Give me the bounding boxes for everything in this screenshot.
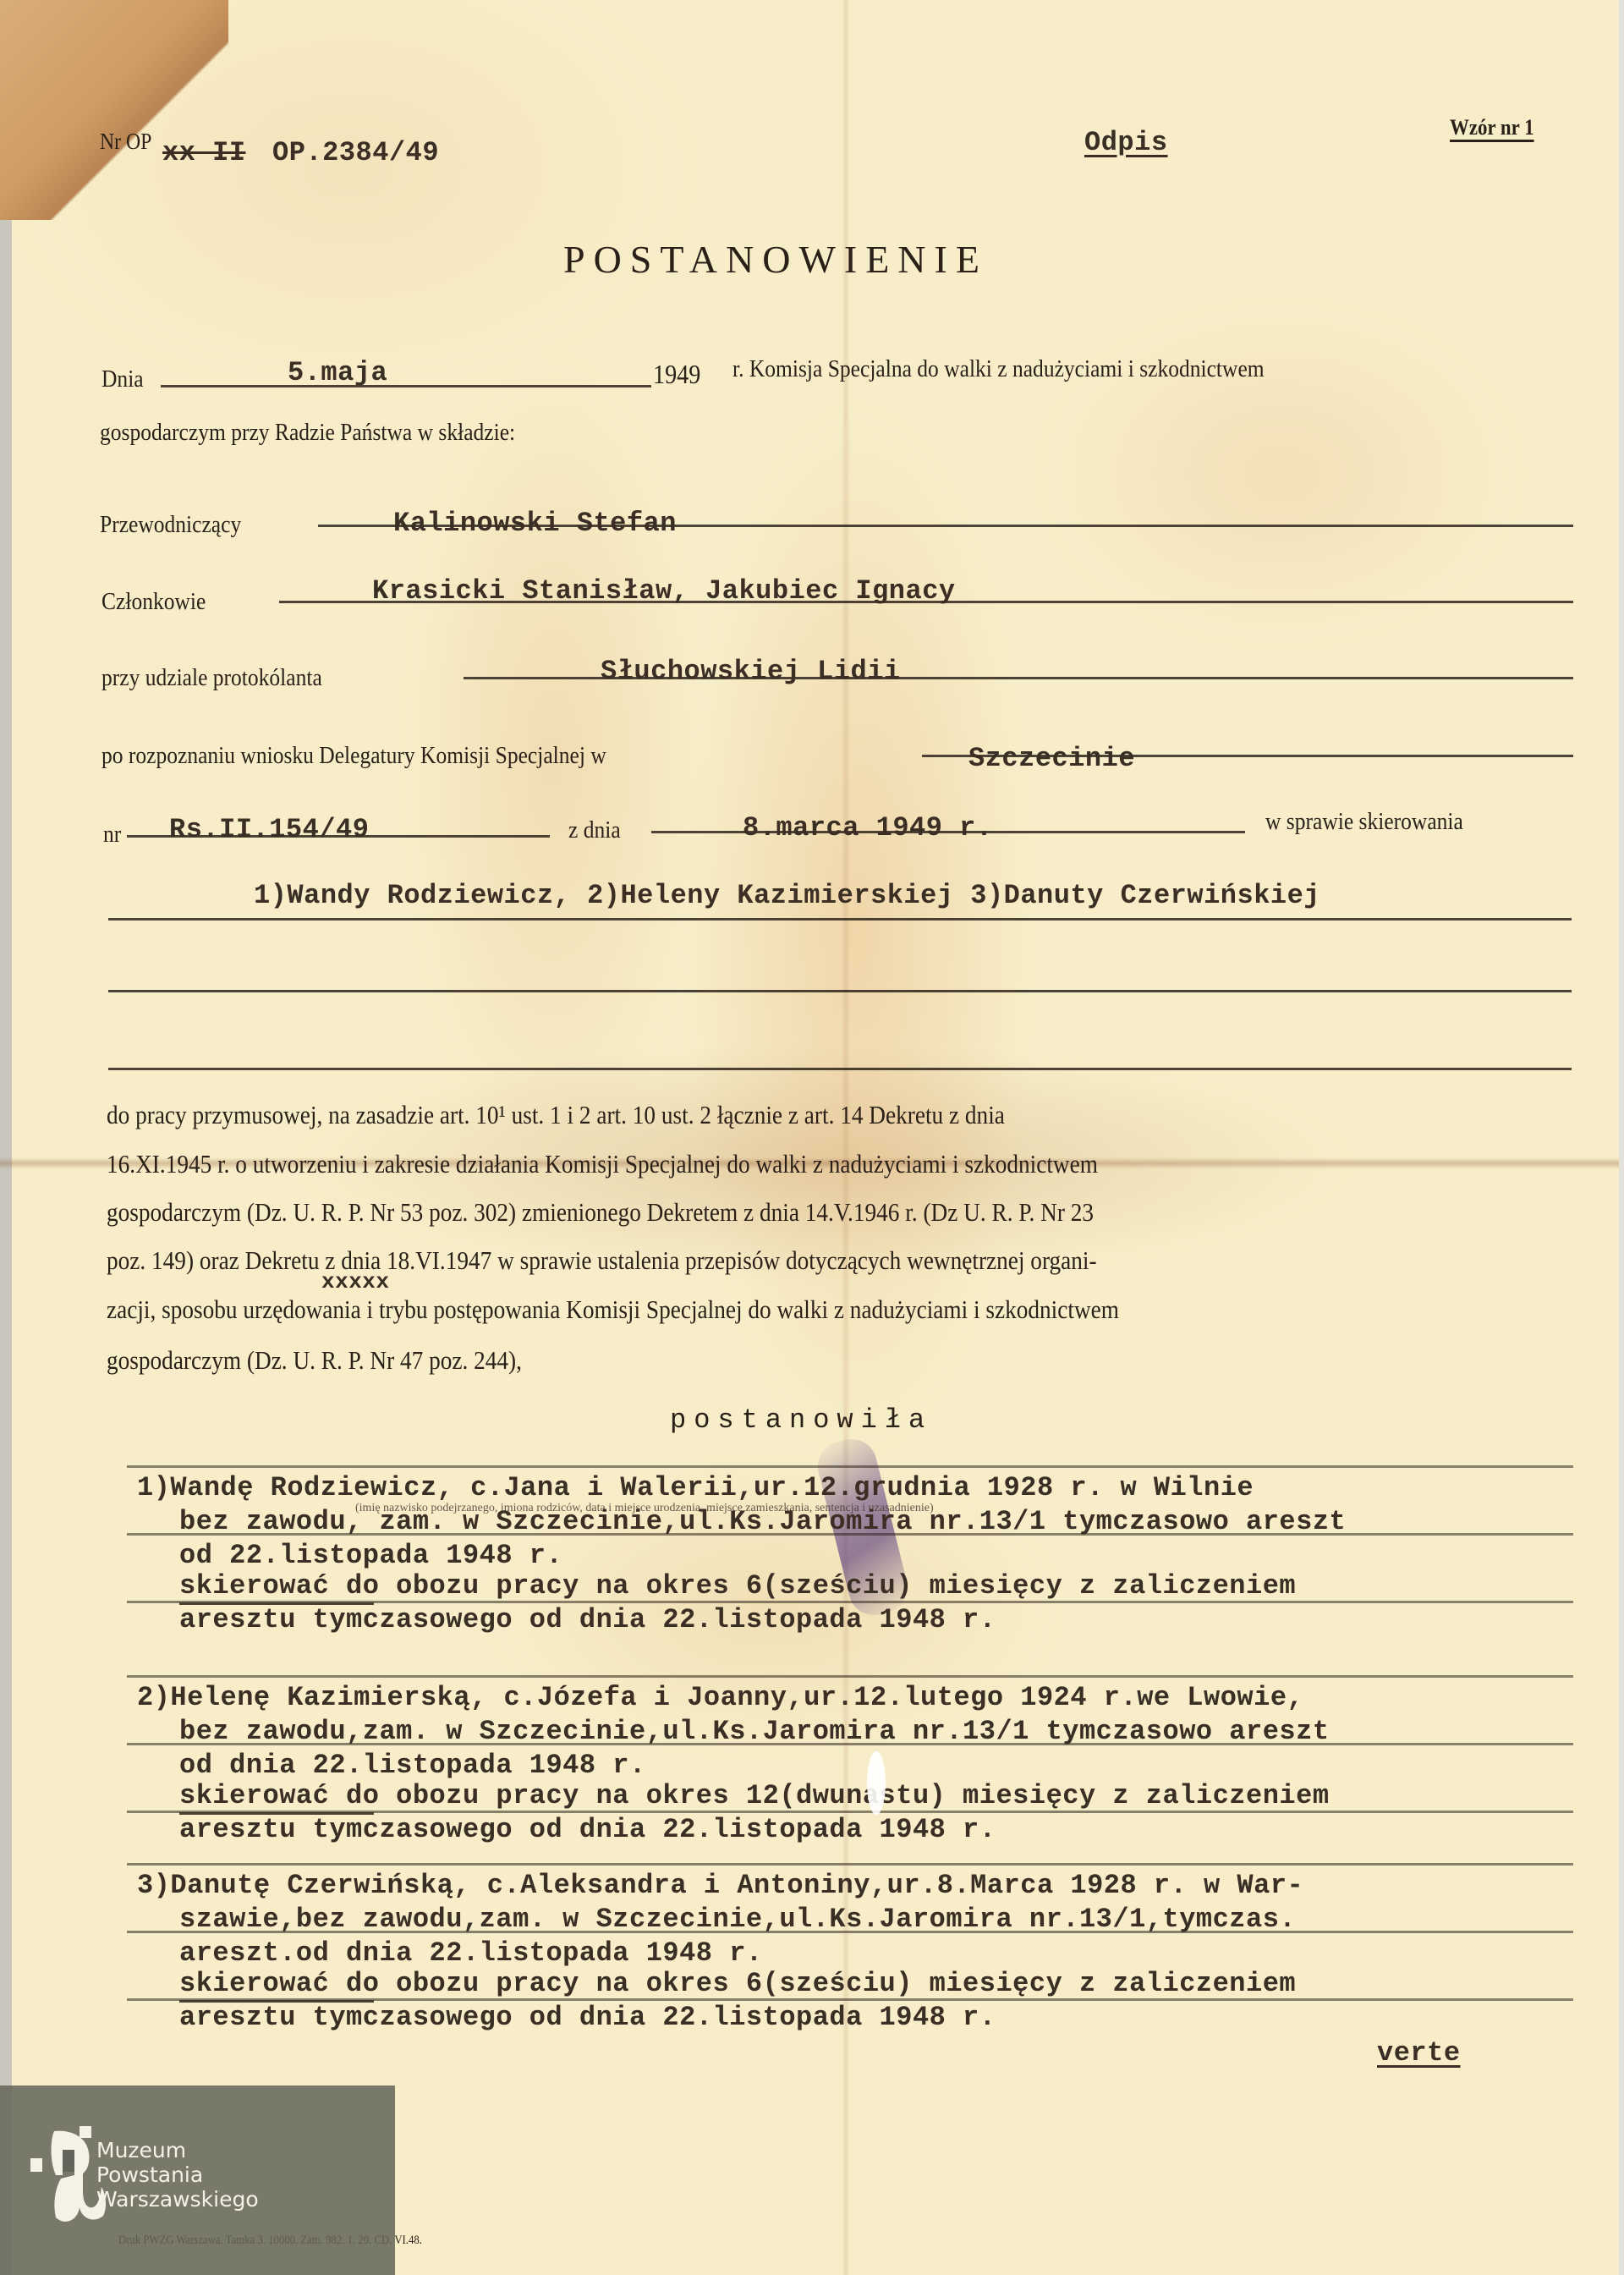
reference-label: Nr OP xyxy=(100,129,151,155)
legal-basis-line: do pracy przymusowej, na zasadzie art. 1… xyxy=(107,1100,1005,1130)
date-label: Dnia xyxy=(101,365,144,393)
verso-mark: verte xyxy=(1377,2037,1461,2069)
decision-entry-line: od dnia 22.listopada 1948 r. xyxy=(179,1750,646,1781)
motion-date-label: z dnia xyxy=(568,816,621,844)
form-ruling-line xyxy=(127,1675,1573,1678)
motion-date-value: 8.marca 1949 r. xyxy=(743,812,993,844)
museum-name-line-2: Powstania xyxy=(96,2162,259,2187)
decision-entry-line: aresztu tymczasowego od dnia 22.listopad… xyxy=(179,1814,996,1845)
chair-value: Kalinowski Stefan xyxy=(393,508,677,539)
legal-basis-line: gospodarczym (Dz. U. R. P. Nr 47 poz. 24… xyxy=(107,1345,522,1376)
blank-line-1 xyxy=(108,990,1572,992)
decision-entry-line: 1)Wandę Rodziewicz, c.Jana i Walerii,ur.… xyxy=(137,1472,1254,1503)
decision-entry-line: 3)Danutę Czerwińską, c.Aleksandra i Anto… xyxy=(137,1870,1303,1901)
museum-name-line-3: Warszawskiego xyxy=(96,2187,259,2212)
reference-struck: xx II xyxy=(162,137,246,168)
nr-label: nr xyxy=(103,821,121,849)
form-ruling-line xyxy=(127,1998,1573,2001)
decision-entry-line: skierować do obozu pracy na okres 6(sześ… xyxy=(179,1968,1296,1999)
date-underline xyxy=(161,385,651,387)
date-value: 5.maja xyxy=(288,357,387,388)
legal-basis-line: zacji, sposobu urzędowania i trybu postę… xyxy=(107,1294,1119,1325)
year-value: 1949 xyxy=(653,359,700,390)
decision-heading: postanowiła xyxy=(670,1404,932,1436)
decision-entry-line: areszt.od dnia 22.listopada 1948 r. xyxy=(179,1937,763,1969)
delegation-label: po rozpoznaniu wniosku Delegatury Komisj… xyxy=(101,742,606,770)
persons-underline xyxy=(108,918,1572,920)
decision-entry-line: aresztu tymczasowego od dnia 22.listopad… xyxy=(179,2002,996,2033)
overtype-xxxxx: xxxxx xyxy=(321,1269,390,1294)
decision-entry-line: skierować do obozu pracy na okres 6(sześ… xyxy=(179,1570,1296,1602)
legal-basis-line: gospodarczym (Dz. U. R. P. Nr 53 poz. 30… xyxy=(107,1197,1094,1228)
nr-value: Rs.II.154/49 xyxy=(169,814,369,845)
members-value: Krasicki Stanisław, Jakubiec Ignacy xyxy=(372,575,956,607)
copy-mark: Odpis xyxy=(1084,127,1168,158)
persons-value: 1)Wandy Rodziewicz, 2)Heleny Kazimierski… xyxy=(254,880,1320,911)
form-mark: Wzór nr 1 xyxy=(1450,115,1534,140)
form-ruling-line xyxy=(127,1863,1573,1866)
blank-line-2 xyxy=(108,1068,1572,1070)
document-title: POSTANOWIENIE xyxy=(563,237,988,282)
legal-basis-line: 16.XI.1945 r. o utworzeniu i zakresie dz… xyxy=(107,1149,1098,1179)
clerk-label: przy udziale protokólanta xyxy=(101,664,322,692)
decision-entry-line: skierować do obozu pracy na okres 12(dwu… xyxy=(179,1780,1330,1811)
date-suffix: r. Komisja Specjalna do walki z nadużyci… xyxy=(732,355,1265,383)
delegation-value: Szczecinie xyxy=(968,743,1135,774)
paper-tear xyxy=(867,1751,886,1815)
reference-number: OP.2384/49 xyxy=(272,137,439,168)
museum-name: Muzeum Powstania Warszawskiego xyxy=(96,2138,259,2212)
members-label: Członkowie xyxy=(101,588,206,616)
clerk-value: Słuchowskiej Lidii xyxy=(601,656,901,687)
form-ruling-line xyxy=(127,1601,1573,1603)
decision-entry-line: 2)Helenę Kazimierską, c.Józefa i Joanny,… xyxy=(137,1682,1303,1713)
decision-entry-line: od 22.listopada 1948 r. xyxy=(179,1540,562,1571)
chair-label: Przewodniczący xyxy=(100,511,241,539)
scan-edge xyxy=(1619,0,1624,2275)
form-ruling-line xyxy=(127,1811,1573,1813)
legal-basis-line: poz. 149) oraz Dekretu z dnia 18.VI.1947… xyxy=(107,1245,1097,1276)
form-ruling-line xyxy=(127,1743,1573,1745)
form-ruling-line xyxy=(127,1931,1573,1933)
decision-entry-line: aresztu tymczasowego od dnia 22.listopad… xyxy=(179,1604,996,1635)
museum-name-line-1: Muzeum xyxy=(96,2138,259,2162)
matter-label: w sprawie skierowania xyxy=(1265,808,1463,836)
preamble-line2: gospodarczym przy Radzie Państwa w skład… xyxy=(100,419,515,447)
form-ruling-line xyxy=(127,1533,1573,1536)
museum-watermark: Muzeum Powstania Warszawskiego xyxy=(0,2085,395,2275)
folded-corner xyxy=(0,0,228,220)
form-ruling-line xyxy=(127,1465,1573,1468)
